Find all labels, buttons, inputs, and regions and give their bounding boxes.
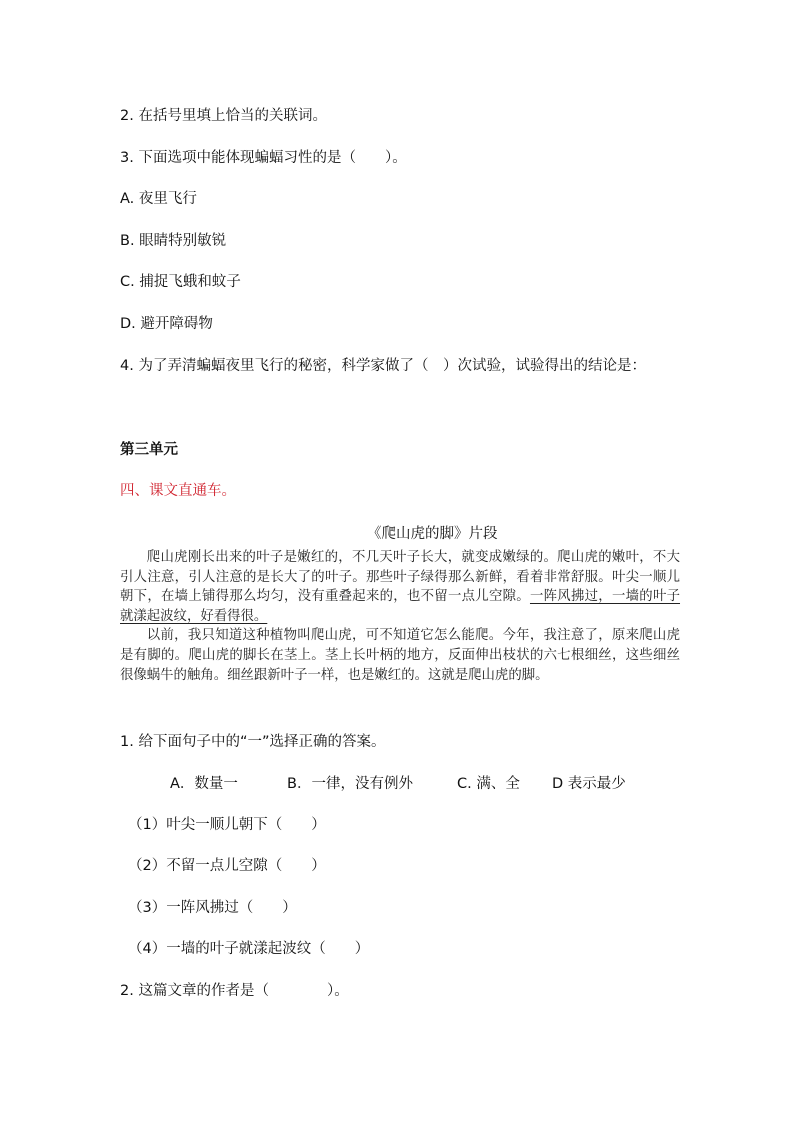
choice-d: D 表示最少 — [552, 772, 626, 793]
sub-question-4: （4）一墙的叶子就漾起波纹（ ） — [128, 939, 369, 959]
unit-heading: 第三单元 — [120, 440, 178, 460]
choice-c: C. 满、全 — [457, 772, 520, 793]
question-3-bat-habits: 3. 下面选项中能体现蝙蝠习性的是（ ）。 — [120, 148, 407, 168]
option-c: C. 捕捉飞蛾和蚊子 — [120, 272, 241, 292]
question-2-fill-conjunctions: 2. 在括号里填上恰当的关联词。 — [120, 106, 327, 126]
question-4-experiments: 4. 为了弄清蝙蝠夜里飞行的秘密，科学家做了（ ）次试验，试验得出的结论是： — [120, 356, 646, 376]
passage-paragraph-2: 以前，我只知道这种植物叫爬山虎，可不知道它怎么能爬。今年，我注意了，原来爬山虎是… — [120, 626, 680, 685]
passage-paragraph-1: 爬山虎刚长出来的叶子是嫩红的，不几天叶子长大，就变成嫩绿的。爬山虎的嫩叶，不大引… — [120, 548, 680, 626]
section-heading: 四、课文直通车。 — [120, 481, 236, 501]
option-b: B. 眼睛特别敏锐 — [120, 231, 226, 251]
unit3-question-2: 2. 这篇文章的作者是（ ）。 — [120, 981, 349, 1001]
option-d: D. 避开障碍物 — [120, 314, 213, 334]
sub-question-3: （3）一阵风拂过（ ） — [128, 898, 297, 918]
passage-title: 《爬山虎的脚》片段 — [367, 522, 498, 543]
choice-b: B．一律，没有例外 — [287, 772, 413, 793]
sub-question-2: （2）不留一点儿空隙（ ） — [128, 856, 326, 876]
passage: 爬山虎刚长出来的叶子是嫩红的，不几天叶子长大，就变成嫩绿的。爬山虎的嫩叶，不大引… — [120, 548, 680, 685]
choice-a: A．数量一 — [170, 772, 238, 793]
option-a: A. 夜里飞行 — [120, 189, 197, 209]
unit3-question-1: 1. 给下面句子中的“一”选择正确的答案。 — [120, 732, 385, 752]
sub-question-1: （1）叶尖一顺儿朝下（ ） — [128, 815, 326, 835]
